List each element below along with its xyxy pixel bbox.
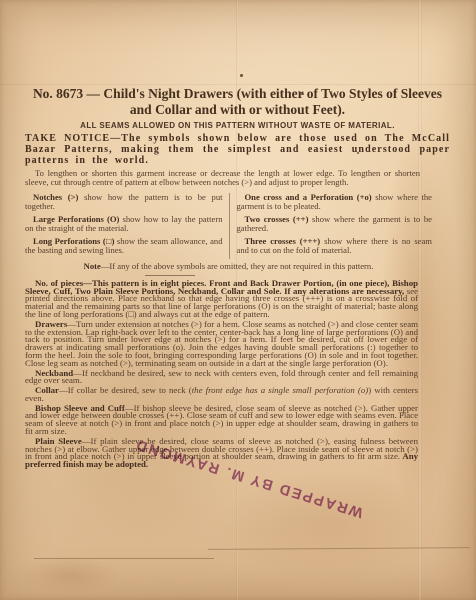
ink-speck: [240, 74, 243, 77]
pattern-instruction-sheet: No. 8673 — Child's Night Drawers (with e…: [0, 0, 476, 600]
printed-content: No. 8673 — Child's Night Drawers (with e…: [25, 86, 450, 471]
note-text: —If any of the above symbols are omitted…: [101, 261, 374, 271]
symbol-key-left-column: Notches (>) show how the pattern is to b…: [25, 193, 229, 259]
symbol-entry-cross-perforation: One cross and a Perforation (+o) show wh…: [237, 193, 433, 212]
symbols-omitted-note: Note—If any of the above symbols are omi…: [25, 261, 432, 271]
take-notice-paragraph: TAKE NOTICE—The symbols shown below are …: [25, 134, 450, 166]
paragraph-italic-run: the front edge has a single small perfor…: [192, 385, 368, 395]
paragraph-collar: Collar—If collar be desired, sew to neck…: [25, 387, 418, 403]
horizontal-crease-top: [0, 84, 476, 85]
symbol-entry-three-crosses: Three crosses (+++) show where there is …: [237, 237, 433, 256]
paragraph-drawers: Drawers—Turn under extension at notches …: [25, 321, 418, 368]
paragraph-text: —Turn under extension at notches (>) for…: [25, 319, 418, 368]
pattern-title: No. 8673 — Child's Night Drawers (with e…: [25, 86, 450, 118]
section-divider-rule: [145, 275, 195, 276]
paragraph-no-of-pieces: No. of pieces—This pattern is in eight p…: [25, 280, 418, 319]
lengthen-shorten-note: To lengthen or shorten this garment incr…: [25, 169, 420, 188]
symbol-key: Notches (>) show how the pattern is to b…: [25, 193, 432, 259]
take-notice-lead: TAKE NOTICE: [25, 133, 110, 144]
paragraph-text: —If collar be desired, sew to neck (: [59, 385, 192, 395]
symbol-entry-two-crosses: Two crosses (++) show where the garment …: [237, 215, 433, 234]
horizontal-crease-bottom-right: [208, 547, 470, 550]
paragraph-text: —If plain sleeve be desired, close seams…: [25, 436, 418, 462]
symbol-entry-notches: Notches (>) show how the pattern is to b…: [25, 193, 223, 212]
paragraph-neckband: Neckband—If neckband be desired, sew to …: [25, 370, 418, 386]
symbol-key-right-column: One cross and a Perforation (+o) show wh…: [229, 193, 433, 259]
symbol-entry-long-perforations: Long Perforations (□) show the seam allo…: [25, 237, 223, 256]
horizontal-crease-bottom-left: [34, 558, 214, 559]
paragraph-text: —If neckband be desired, sew to neck wit…: [25, 368, 418, 386]
paragraph-bishop-sleeve-cuff: Bishop Sleeve and Cuff—If bishop sleeve …: [25, 405, 418, 436]
seams-allowance-notice: ALL SEAMS ALLOWED ON THIS PATTERN WITHOU…: [25, 121, 450, 130]
symbol-entry-large-perforations: Large Perforations (O) show how to lay t…: [25, 215, 223, 234]
note-lead: Note: [84, 261, 101, 271]
